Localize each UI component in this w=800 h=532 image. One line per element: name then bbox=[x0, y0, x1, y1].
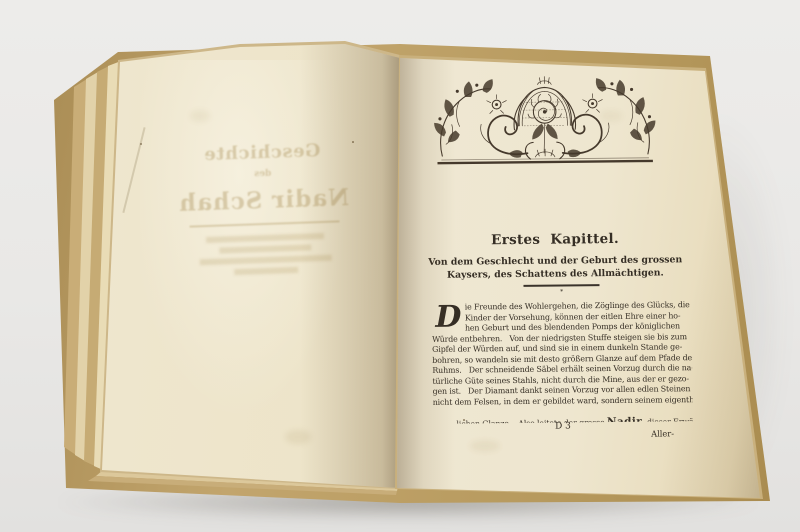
body-paragraph: D ie Freunde des Wohlergehen, die Zöglin… bbox=[432, 300, 693, 424]
chapter-subtitle: Von dem Geschlecht und der Geburt des gr… bbox=[412, 254, 698, 282]
ghost-text-block bbox=[234, 267, 298, 275]
photo-of-open-book: Geschichte des Nadir Schah bbox=[0, 0, 800, 532]
section-divider-rule bbox=[523, 284, 599, 287]
ghost-text-block bbox=[219, 244, 311, 253]
catchword: Aller- bbox=[433, 428, 693, 441]
chapter-subtitle-line: Kaysers, des Schattens des Allmächtigen. bbox=[412, 267, 698, 283]
foxing-stain bbox=[190, 110, 210, 122]
gutter-shadow-left bbox=[300, 40, 400, 492]
section-divider-mark: * bbox=[524, 288, 600, 297]
floral-headpiece-ornament bbox=[430, 73, 659, 169]
speck bbox=[140, 143, 142, 145]
chapter-heading: Erstes Kapittel. bbox=[418, 230, 692, 249]
gutter-shadow-right bbox=[397, 50, 455, 492]
